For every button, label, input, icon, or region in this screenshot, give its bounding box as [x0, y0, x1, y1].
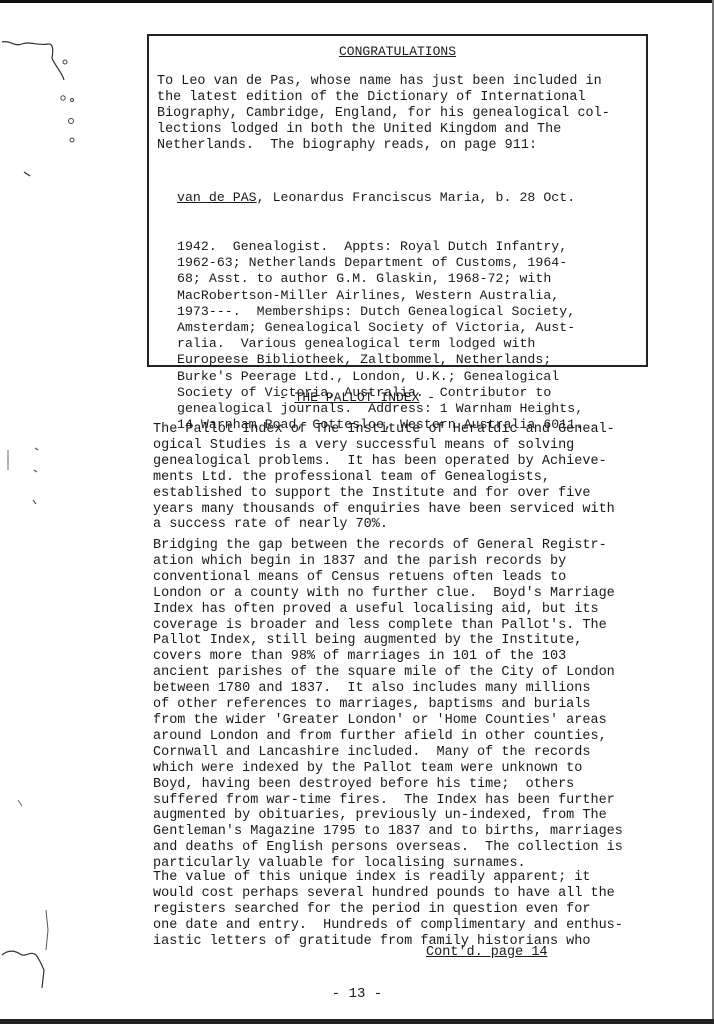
congratulations-title: CONGRATULATIONS	[149, 44, 646, 59]
margin-scribble-marks	[0, 0, 150, 1024]
text-line: Amsterdam; Genealogical Society of Victo…	[177, 320, 583, 336]
text-line: ancient parishes of the square mile of t…	[153, 665, 623, 681]
text-line: registers searched for the period in que…	[153, 902, 623, 918]
text-line: augmented by obituaries, previously un-i…	[153, 808, 623, 824]
pallot-paragraph-2: Bridging the gap between the records of …	[153, 538, 623, 872]
text-line: conventional means of Census retuens oft…	[153, 570, 623, 586]
text-line: coverage is broader and less complete th…	[153, 618, 623, 634]
text-line: Europeese Bibliotheek, Zaltbommel, Nethe…	[177, 352, 583, 368]
biography-entry: van de PAS, Leonardus Franciscus Maria, …	[177, 158, 583, 466]
biography-name: van de PAS	[177, 190, 257, 205]
text-line: 1973---. Memberships: Dutch Genealogical…	[177, 304, 583, 320]
text-line: ogical Studies is a very successful mean…	[153, 438, 615, 454]
text-line: The Pallot Index of The Institute of Her…	[153, 422, 615, 438]
text-line: one date and entry. Hundreds of complime…	[153, 918, 623, 934]
text-line: 1962-63; Netherlands Department of Custo…	[177, 255, 583, 271]
text-line: Index has often proved a useful localisi…	[153, 602, 623, 618]
text-line: genealogical problems. It has been opera…	[153, 454, 615, 470]
text-line: London or a county with no further clue.…	[153, 586, 623, 602]
text-line: of other references to marriages, baptis…	[153, 697, 623, 713]
text-line: the latest edition of the Dictionary of …	[157, 90, 610, 106]
text-line: covers more than 98% of marriages in 101…	[153, 649, 623, 665]
text-line: The value of this unique index is readil…	[153, 870, 623, 886]
text-line: Bridging the gap between the records of …	[153, 538, 623, 554]
congratulations-intro: To Leo van de Pas, whose name has just b…	[157, 74, 610, 154]
text-line: a success rate of nearly 70%.	[153, 517, 615, 533]
text-line: Gentleman's Magazine 1795 to 1837 and to…	[153, 824, 623, 840]
text-line: ralia. Various genealogical term lodged …	[177, 336, 583, 352]
text-line: would cost perhaps several hundred pound…	[153, 886, 623, 902]
pallot-index-heading: - THE PALLOT INDEX -	[0, 390, 714, 405]
text-line: Boyd, having been destroyed before his t…	[153, 777, 623, 793]
text-line: around London and from further afield in…	[153, 729, 623, 745]
text-line: Biography, Cambridge, England, for his g…	[157, 106, 610, 122]
text-line: MacRobertson-Miller Airlines, Western Au…	[177, 288, 583, 304]
text-line: from the wider 'Greater London' or 'Home…	[153, 713, 623, 729]
text-line: 68; Asst. to author G.M. Glaskin, 1968-7…	[177, 271, 583, 287]
text-line: established to support the Institute and…	[153, 486, 615, 502]
pallot-paragraph-1: The Pallot Index of The Institute of Her…	[153, 422, 615, 533]
text-line: and deaths of English persons overseas. …	[153, 840, 623, 856]
text-line: Netherlands. The biography reads, on pag…	[157, 138, 610, 154]
text-line: Pallot Index, still being augmented by t…	[153, 633, 623, 649]
text-line: 1942. Genealogist. Appts: Royal Dutch In…	[177, 239, 583, 255]
text-line: ation which begin in 1837 and the parish…	[153, 554, 623, 570]
page-number: - 13 -	[0, 986, 714, 1002]
continued-note: Cont'd. page 14	[426, 945, 548, 960]
text-line: years many thousands of enquiries have b…	[153, 502, 615, 518]
text-line: Cornwall and Lancashire included. Many o…	[153, 745, 623, 761]
text-line: lections lodged in both the United Kingd…	[157, 122, 610, 138]
text-line: between 1780 and 1837. It also includes …	[153, 681, 623, 697]
pallot-paragraph-3: The value of this unique index is readil…	[153, 870, 623, 950]
biography-first-line: van de PAS, Leonardus Franciscus Maria, …	[177, 190, 583, 206]
text-line: ments Ltd. the professional team of Gene…	[153, 470, 615, 486]
text-line: which were indexed by the Pallot team we…	[153, 761, 623, 777]
text-line: To Leo van de Pas, whose name has just b…	[157, 74, 610, 90]
congratulations-box: CONGRATULATIONS To Leo van de Pas, whose…	[147, 34, 648, 367]
text-line: iastic letters of gratitude from family …	[153, 934, 623, 950]
text-line: Burke's Peerage Ltd., London, U.K.; Gene…	[177, 369, 583, 385]
text-line: suffered from war-time fires. The Index …	[153, 793, 623, 809]
